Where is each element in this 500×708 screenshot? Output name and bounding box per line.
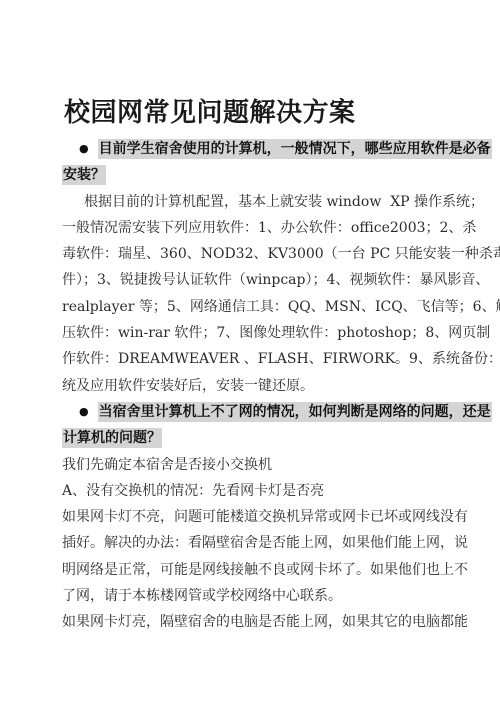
body-text-line: 明网络是正常，可能是网线接触不良或网卡坏了。如果他们也上不 <box>62 557 444 583</box>
body-text-line: 压软件：win-rar 软件；7、图像处理软件：photoshop；8、网页制 <box>62 320 444 346</box>
body-text-line: 如果网卡灯亮，隔壁宿舍的电脑是否能上网，如果其它的电脑都能 <box>62 609 444 635</box>
page-title: 校园网常见问题解决方案 <box>64 92 356 129</box>
body-text-line: 如果网卡灯不亮，问题可能楼道交换机异常或网卡已坏或网线没有 <box>62 504 444 530</box>
bullet-line-continuation: 安装？ <box>62 162 444 188</box>
body-text-line: 我们先确定本宿舍是否接小交换机 <box>62 452 444 478</box>
document-page: 校园网常见问题解决方案 ●目前学生宿舍使用的计算机，一般情况下，哪些应用软件是必… <box>0 0 500 708</box>
highlighted-question-text: 安装？ <box>62 165 106 185</box>
bullet-line: ●目前学生宿舍使用的计算机，一般情况下，哪些应用软件是必备 <box>62 136 444 162</box>
highlighted-question-text: 当宿舍里计算机上不了网的情况，如何判断是网络的问题，还是 <box>98 402 492 422</box>
highlighted-question-text: 目前学生宿舍使用的计算机，一般情况下，哪些应用软件是必备 <box>98 139 492 159</box>
document-body: ●目前学生宿舍使用的计算机，一般情况下，哪些应用软件是必备安装？根据目前的计算机… <box>62 136 444 636</box>
body-text-line: 作软件：DREAMWEAVER 、FLASH、FIRWORK。9、系统备份：把操… <box>62 346 444 372</box>
bullet-icon: ● <box>79 399 89 425</box>
bullet-line-continuation: 计算机的问题？ <box>62 425 444 451</box>
body-text-line: 了网，请于本栋楼网管或学校网络中心联系。 <box>62 583 444 609</box>
body-text-line: 插好。解决的办法：看隔壁宿舍是否能上网，如果他们能上网，说 <box>62 530 444 556</box>
body-text-line: 一般情况需安装下列应用软件：1、办公软件：office2003；2、杀 <box>62 215 444 241</box>
bullet-icon: ● <box>79 136 89 162</box>
highlighted-question-text: 计算机的问题？ <box>62 428 162 448</box>
bullet-line: ●当宿舍里计算机上不了网的情况，如何判断是网络的问题，还是 <box>62 399 444 425</box>
body-text-line: realplayer 等；5、网络通信工具：QQ、MSN、ICQ、飞信等；6、解 <box>62 294 444 320</box>
body-text-line: 统及应用软件安装好后，安装一键还原。 <box>62 373 444 399</box>
body-text-line: 件）；3、锐捷拨号认证软件（winpcap）；4、视频软件：暴风影音、 <box>62 267 444 293</box>
body-text-line: 根据目前的计算机配置，基本上就安装 window XP 操作系统； <box>62 189 444 215</box>
body-text-line: 毒软件：瑞星、360、NOD32、KV3000（一台 PC 只能安装一种杀毒软 <box>62 241 444 267</box>
body-text-line: A、没有交换机的情况：先看网卡灯是否亮 <box>62 478 444 504</box>
